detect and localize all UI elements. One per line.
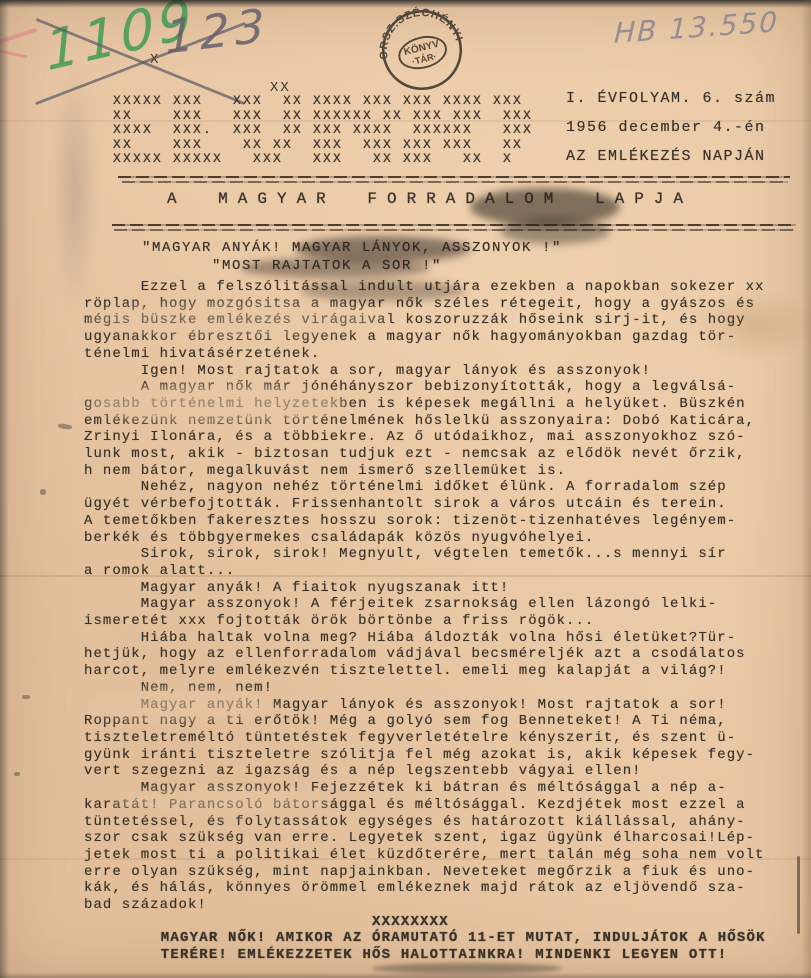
scan-edge: [0, 0, 811, 8]
paper-stain: [690, 290, 811, 360]
ink-smudge: [500, 218, 610, 244]
paper-stain: [52, 58, 98, 318]
handwritten-catalog-number: HB 13.550: [614, 8, 780, 48]
ink-smudge: [240, 258, 430, 278]
issue-info: I. ÉVFOLYAM. 6. szám 1956 december 4.-én…: [566, 84, 776, 171]
paragraph: MAGYAR NŐK! AMIKOR AZ ÓRAMUTATÓ 11-ET MU…: [84, 930, 794, 963]
horizontal-rule: [114, 229, 794, 231]
stray-typed-x: X: [150, 52, 160, 68]
issue-motto: AZ EMLÉKEZÉS NAPJÁN: [566, 142, 776, 171]
paragraph: Magyar asszonyok! A férjeitek zsarnokság…: [84, 596, 794, 629]
horizontal-rule: [122, 181, 788, 183]
horizontal-rule: [118, 176, 790, 178]
scanned-leaflet-page: 1109 123 HB 13.550 ORSZ.SZÉCHÉNYI KÖNYV …: [0, 0, 811, 978]
paper-crease: [0, 858, 811, 860]
masthead-x-block: XXXXX XXX XXX XX XXXX XXX XXX XXXX XXXXX…: [113, 94, 533, 167]
issue-volume: I. ÉVFOLYAM. 6. szám: [566, 84, 776, 113]
paragraph: Igen! Most rajtatok a sor, magyar lányok…: [84, 363, 794, 380]
paragraph: Hiába haltak volna meg? Hiába áldozták v…: [84, 630, 794, 680]
horizontal-rule: [112, 224, 796, 226]
body-text: Ezzel a felszólitással indult utjára eze…: [84, 279, 794, 964]
margin-mark: [22, 695, 30, 699]
ink-smudge: [300, 281, 465, 301]
paragraph: A magyar nők már jónéhányszor bebizonyít…: [84, 379, 794, 479]
paragraph: Nem, nem, nem!: [84, 680, 794, 697]
paragraph: Magyar anyák! A fiaitok nyugszanak itt!: [84, 580, 794, 597]
issue-date: 1956 december 4.-én: [566, 113, 776, 142]
scan-edge: [0, 972, 811, 978]
margin-mark: [40, 489, 46, 495]
margin-mark: [797, 856, 800, 934]
paragraph: XXXXXXXX: [84, 914, 794, 931]
margin-mark: [58, 423, 73, 430]
handwritten-page-number: 123: [165, 1, 271, 60]
scan-edge: [801, 0, 811, 978]
stamp-graphic: ORSZ.SZÉCHÉNYI KÖNYV ·TÁR·: [378, 6, 466, 94]
paragraph: Magyar anyák! Magyar lányok és asszonyok…: [84, 697, 794, 781]
library-stamp: ORSZ.SZÉCHÉNYI KÖNYV ·TÁR·: [378, 6, 466, 99]
paragraph: Magyar asszonyok! Fejezzétek ki bátran é…: [84, 780, 794, 914]
paragraph: Nehéz, nagyon nehéz történelmi időket él…: [84, 479, 794, 546]
paper-crease: [0, 575, 811, 577]
paper-title: A MAGYAR FORRADALOM LAPJA: [100, 190, 760, 208]
scan-edge: [0, 0, 9, 978]
margin-mark: [14, 772, 20, 776]
paper-crease: [0, 120, 811, 122]
